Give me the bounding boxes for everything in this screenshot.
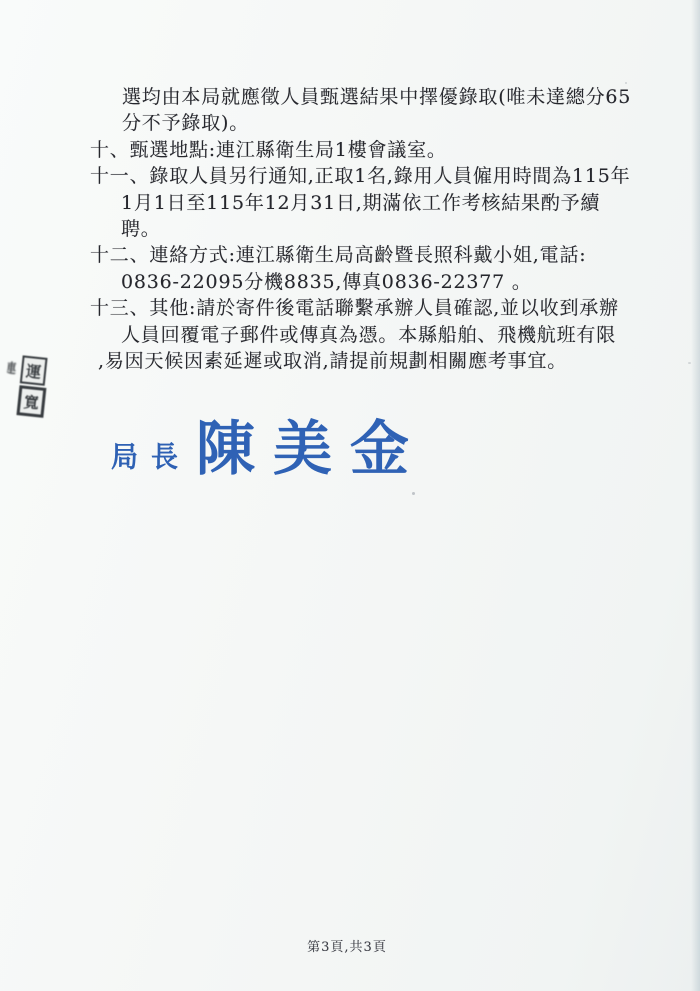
signature-title: 局長 (111, 443, 191, 472)
doc-line-item-11: 十一、錄取人員另行通知,正取1名,錄用人員僱用時間為115年 (90, 163, 670, 189)
edge-ink-seal: 連 運 寬 (4, 353, 49, 429)
doc-line: 聘。 (121, 216, 670, 242)
doc-line: 1月1日至115年12月31日,期滿依工作考核結果酌予續 (121, 190, 670, 216)
doc-line: 選均由本局就應徵人員甄選結果中擇優錄取(唯未達總分65 (122, 84, 670, 110)
doc-line-item-10: 十、甄選地點:連江縣衛生局1樓會議室。 (90, 137, 670, 163)
page-number: 第3頁,共3頁 (0, 936, 694, 955)
scanned-document-page: 選均由本局就應徵人員甄選結果中擇優錄取(唯未達總分65 分不予錄取)。 十、甄選… (0, 0, 700, 991)
doc-line: 0836-22095分機8835,傳真0836-22377 。 (121, 269, 670, 295)
scan-speck (412, 492, 415, 495)
seal-side-glyph: 連 (6, 361, 21, 385)
scan-speck (688, 362, 691, 364)
body-text: 選均由本局就應徵人員甄選結果中擇優錄取(唯未達總分65 分不予錄取)。 十、甄選… (0, 84, 670, 374)
scan-speck (625, 82, 627, 84)
doc-line-item-12: 十二、連絡方式:連江縣衛生局高齡暨長照科戴小姐,電話: (90, 242, 670, 268)
doc-line: 人員回覆電子郵件或傳真為憑。本縣船舶、飛機航班有限 (121, 322, 670, 348)
seal-glyph-top: 運 (20, 355, 48, 385)
doc-line: 分不予錄取)。 (122, 110, 670, 136)
doc-line: ,易因天候因素延遲或取消,請提前規劃相關應考事宜。 (98, 348, 670, 374)
doc-line-item-13: 十三、其他:請於寄件後電話聯繫承辦人員確認,並以收到承辦 (90, 295, 670, 321)
signature-name-stamp: 陳美金 (196, 419, 427, 478)
seal-glyph-bottom: 寬 (16, 385, 46, 418)
